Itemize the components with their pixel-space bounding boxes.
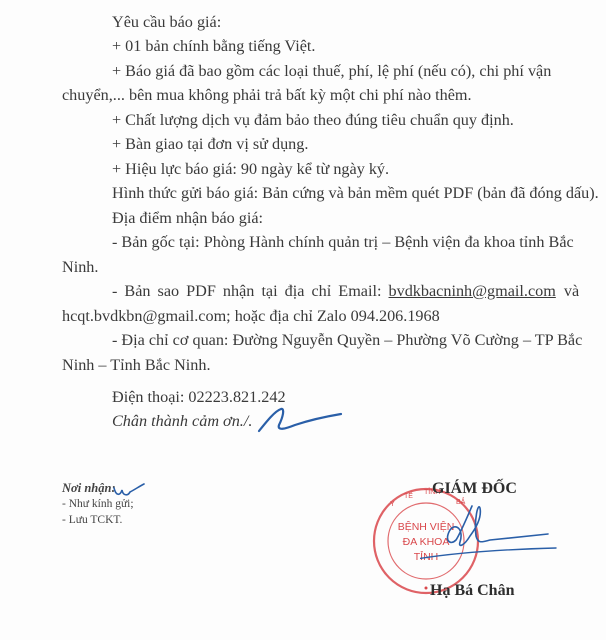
address-line-2: Ninh – Tỉnh Bắc Ninh.	[62, 355, 211, 375]
address-line-1: - Địa chỉ cơ quan: Đường Nguyễn Quyền – …	[112, 330, 544, 350]
initial-signature-icon	[255, 405, 345, 435]
copy-suffix: và	[560, 281, 579, 301]
copy-line-2: hcqt.bvdkbn@gmail.com; hoặc địa chỉ Zalo…	[62, 306, 440, 326]
location-heading: Địa điểm nhận báo giá:	[112, 208, 263, 228]
req-item-validity: + Hiệu lực báo giá: 90 ngày kể từ ngày k…	[112, 159, 389, 179]
recipient-item: - Lưu TCKT.	[62, 512, 134, 528]
send-format: Hình thức gửi báo giá: Bản cứng và bản m…	[112, 183, 599, 203]
req-item-delivery: + Bàn giao tại đơn vị sử dụng.	[112, 134, 308, 154]
original-line-2: Ninh.	[62, 257, 98, 277]
requirements-heading: Yêu cầu báo giá:	[112, 12, 221, 32]
signer-title: GIÁM ĐỐC	[432, 480, 517, 498]
svg-text:Y: Y	[390, 501, 395, 508]
thanks-line: Chân thành cảm ơn./.	[112, 411, 252, 431]
copy-prefix: - Bản sao PDF nhận tại địa chỉ Email:	[112, 281, 389, 301]
req-item-copy: + 01 bản chính bằng tiếng Việt.	[112, 36, 315, 56]
phone-line: Điện thoại: 02223.821.242	[112, 387, 286, 407]
req-item-fees-1: + Báo giá đã bao gồm các loại thuế, phí,…	[112, 61, 544, 81]
director-signature-icon	[420, 500, 560, 570]
req-item-quality: + Chất lượng dịch vụ đảm bảo theo đúng t…	[112, 110, 514, 130]
copy-line-1: - Bản sao PDF nhận tại địa chỉ Email: bv…	[112, 281, 544, 301]
recipients-initial-icon	[112, 482, 146, 500]
original-line-1: - Bản gốc tại: Phòng Hành chính quản trị…	[112, 232, 544, 252]
document-page: Yêu cầu báo giá: + 01 bản chính bằng tiế…	[0, 0, 606, 640]
signer-name: Hạ Bá Chân	[430, 582, 514, 600]
req-item-fees-2: chuyển,... bên mua không phải trả bất kỳ…	[62, 85, 472, 105]
email-link-main[interactable]: bvdkbacninh@gmail.com	[389, 281, 556, 301]
